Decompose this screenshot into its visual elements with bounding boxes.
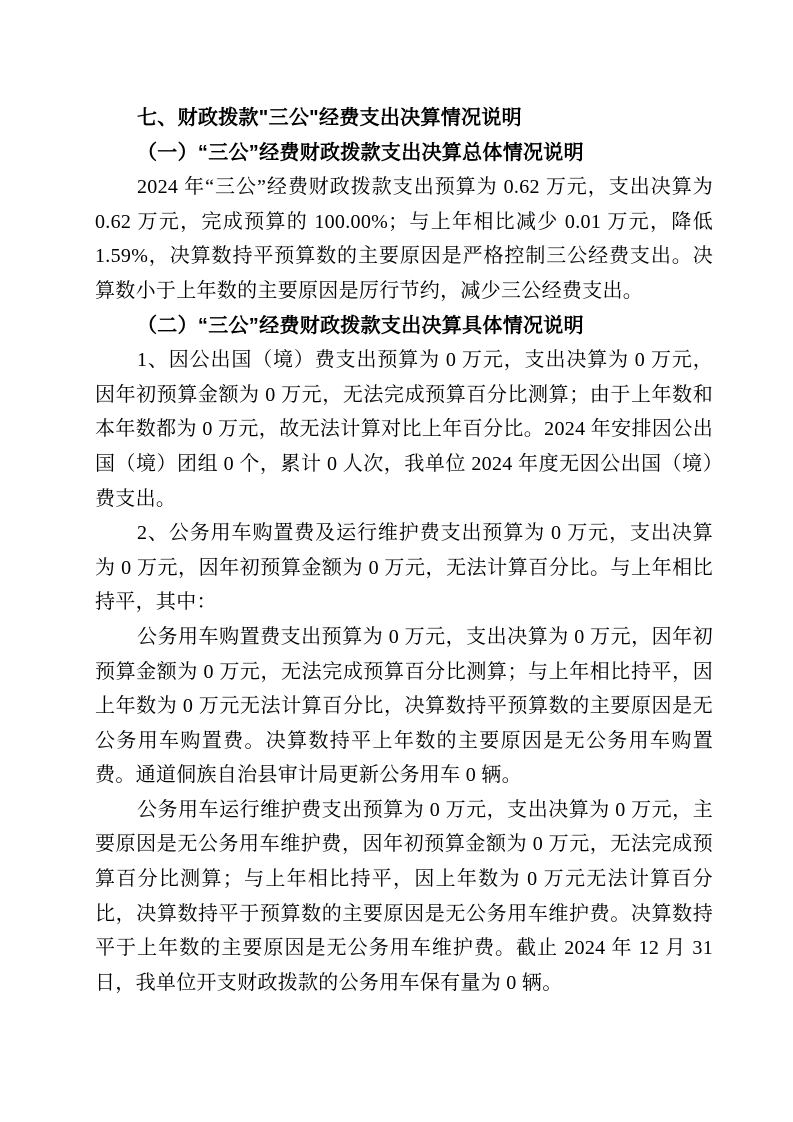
document-page: 七、财政拨款"三公"经费支出决算情况说明 （一）“三公”经费财政拨款支出决算总体… [0,0,793,1122]
section-2-heading: （二）“三公”经费财政拨款支出决算具体情况说明 [95,309,713,344]
document-content: 七、财政拨款"三公"经费支出决算情况说明 （一）“三公”经费财政拨款支出决算总体… [95,101,713,1000]
section-1-heading: （一）“三公”经费财政拨款支出决算总体情况说明 [95,136,713,171]
section-1-paragraph-1: 2024 年“三公”经费财政拨款支出预算为 0.62 万元，支出决算为 0.62… [95,170,713,308]
main-heading: 七、财政拨款"三公"经费支出决算情况说明 [95,101,713,136]
section-2-paragraph-2: 2、公务用车购置费及运行维护费支出预算为 0 万元，支出决算为 0 万元，因年初… [95,516,713,620]
section-2-paragraph-4: 公务用车运行维护费支出预算为 0 万元，支出决算为 0 万元，主要原因是无公务用… [95,793,713,1001]
section-2-paragraph-1: 1、因公出国（境）费支出预算为 0 万元，支出决算为 0 万元，因年初预算金额为… [95,343,713,516]
section-2-paragraph-3: 公务用车购置费支出预算为 0 万元，支出决算为 0 万元，因年初预算金额为 0 … [95,620,713,793]
